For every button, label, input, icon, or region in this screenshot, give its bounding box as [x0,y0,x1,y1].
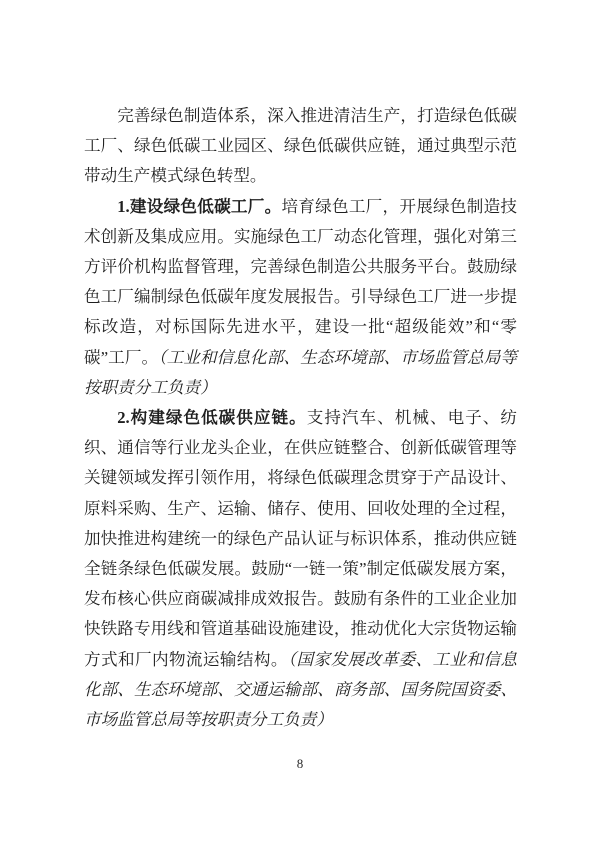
intro-paragraph-text: 完善绿色制造体系，深入推进清洁生产，打造绿色低碳工厂、绿色低碳工业园区、绿色低碳… [84,106,517,185]
document-body: 完善绿色制造体系，深入推进清洁生产，打造绿色低碳工厂、绿色低碳工业园区、绿色低碳… [84,101,517,735]
page-number: 8 [297,756,304,771]
section-1-heading: 1.建设绿色低碳工厂。 [117,197,281,216]
section-2-paragraph: 2.构建绿色低碳供应链。支持汽车、机械、电子、纺织、通信等行业龙头企业，在供应链… [84,403,517,735]
section-2-heading: 2.构建绿色低碳供应链。 [117,408,307,427]
page-footer: 8 [0,755,600,773]
section-1-body-text: 培育绿色工厂，开展绿色制造技术创新及集成应用。实施绿色工厂动态化管理，强化对第三… [84,197,517,367]
section-1-paragraph: 1.建设绿色低碳工厂。培育绿色工厂，开展绿色制造技术创新及集成应用。实施绿色工厂… [84,192,517,403]
section-2-body-text: 支持汽车、机械、电子、纺织、通信等行业龙头企业，在供应链整合、创新低碳管理等关键… [84,408,517,669]
intro-paragraph: 完善绿色制造体系，深入推进清洁生产，打造绿色低碳工厂、绿色低碳工业园区、绿色低碳… [84,101,517,192]
document-page: 完善绿色制造体系，深入推进清洁生产，打造绿色低碳工厂、绿色低碳工业园区、绿色低碳… [0,0,600,848]
